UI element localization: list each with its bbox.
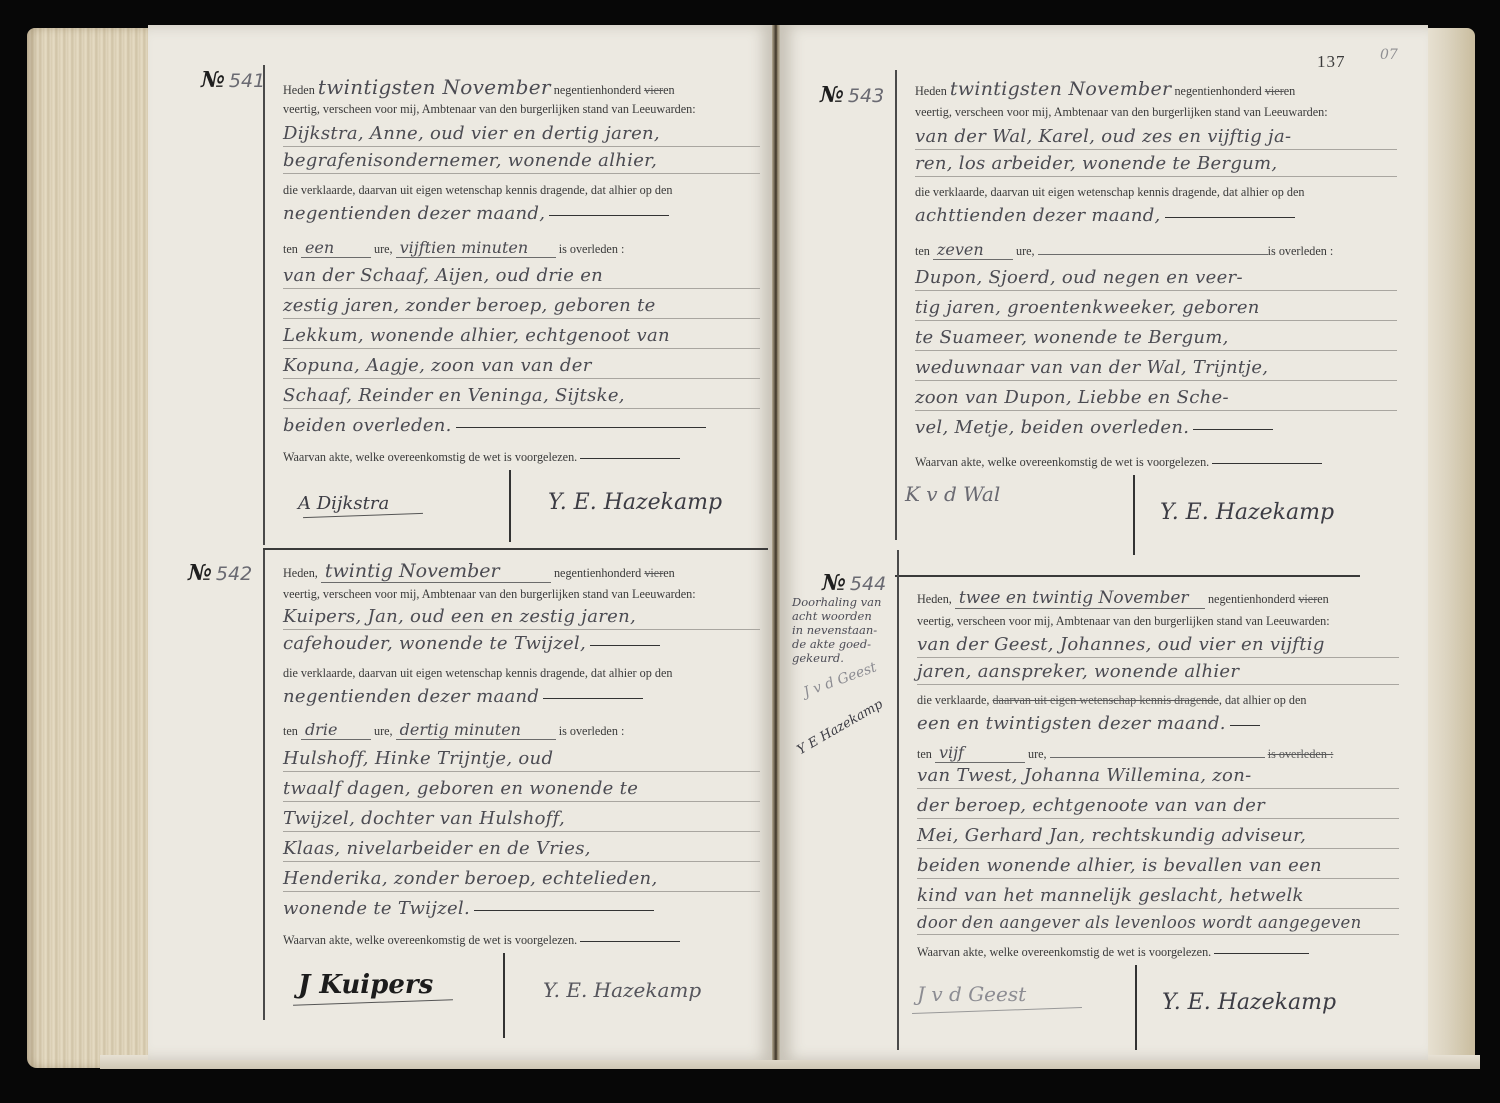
time-line: ten drie ure, dertig minuten is overlede…: [283, 720, 760, 740]
record-541: №541 Heden twintigsten November negentie…: [263, 45, 768, 545]
date-handwritten: twintigsten November: [950, 78, 1172, 100]
date-of-death-line: negentienden dezer maand: [283, 686, 760, 707]
signature-official: Y. E. Hazekamp: [543, 978, 701, 1002]
margin-signature-declarant: J v d Geest: [802, 659, 879, 700]
declarant-line-2: jaren, aanspreker, wonende alhier: [917, 661, 1399, 685]
record-542: №542 Heden, twintig November negentienho…: [263, 550, 768, 1050]
signature-declarant: J Kuipers: [298, 970, 433, 1000]
record-543: №543 Heden twintigsten November negentie…: [895, 70, 1405, 550]
deceased-line-1: Hulshoff, Hinke Trijntje, oud: [283, 748, 760, 772]
closing-line: Waarvan akte, welke overeenkomstig de we…: [283, 450, 760, 465]
record-544: №544 Doorhaling van acht woorden in neve…: [897, 550, 1407, 1050]
date-handwritten: twintig November: [321, 560, 551, 583]
open-register-book: №541 Heden twintigsten November negentie…: [0, 0, 1500, 1103]
printed-line-3: die verklaarde, daarvan uit eigen wetens…: [915, 185, 1397, 200]
struck-text: daarvan uit eigen wetenschap kennis drag…: [992, 693, 1218, 707]
deceased-line-6: vel, Metje, beiden overleden.: [915, 417, 1397, 438]
deceased-line-5: Schaaf, Reinder en Veninga, Sijtske,: [283, 385, 760, 409]
record-number: №544: [822, 570, 886, 596]
printed-line-3: die verklaarde, daarvan uit eigen wetens…: [283, 666, 760, 681]
record-margin-line: [263, 550, 265, 1020]
time-line: ten zeven ure, is overleden :: [915, 240, 1397, 260]
printed-line-2: veertig, verscheen voor mij, Ambtenaar v…: [283, 587, 760, 602]
deceased-line-5: kind van het mannelijk geslacht, hetwelk: [917, 885, 1399, 909]
deceased-line-6: door den aangever als levenloos wordt aa…: [917, 913, 1399, 935]
record-margin-line: [897, 550, 899, 1050]
page-number: 137: [1317, 52, 1346, 72]
date-of-death-line: een en twintigsten dezer maand.: [917, 713, 1399, 734]
closing-line: Waarvan akte, welke overeenkomstig de we…: [915, 455, 1397, 470]
signature-underline: [293, 999, 453, 1006]
left-page-edges: [27, 28, 152, 1068]
printed-line-2: veertig, verscheen voor mij, Ambtenaar v…: [915, 105, 1397, 120]
heden-line: Heden, twee en twintig November negentie…: [917, 588, 1399, 609]
signature-declarant: K v d Wal: [905, 482, 1000, 506]
heden-line: Heden twintigsten November negentienhond…: [283, 75, 760, 99]
declarant-line-1: Dijkstra, Anne, oud vier en dertig jaren…: [283, 123, 760, 147]
deceased-line-3: Lekkum, wonende alhier, echtgenoot van: [283, 325, 760, 349]
deceased-line-4: beiden wonende alhier, is bevallen van e…: [917, 855, 1399, 879]
record-number: №541: [201, 67, 265, 93]
record-number: №543: [820, 82, 884, 108]
signature-divider: [1133, 475, 1135, 555]
deceased-line-3: Mei, Gerhard Jan, rechtskundig adviseur,: [917, 825, 1399, 849]
record-margin-line: [895, 70, 897, 540]
printed-line-2: veertig, verscheen voor mij, Ambtenaar v…: [917, 614, 1399, 629]
signature-declarant: J v d Geest: [917, 982, 1026, 1006]
deceased-line-6: beiden overleden.: [283, 415, 760, 436]
declarant-line-1: Kuipers, Jan, oud een en zestig jaren,: [283, 606, 760, 630]
date-handwritten: twee en twintig November: [955, 588, 1205, 609]
heden-line: Heden, twintig November negentienhonderd…: [283, 560, 760, 583]
date-of-death-line: achttienden dezer maand,: [915, 205, 1397, 226]
right-page: 137 07 №543 Heden twintigsten November n…: [780, 25, 1428, 1060]
printed-line-2: veertig, verscheen voor mij, Ambtenaar v…: [283, 102, 760, 117]
date-of-death-line: negentienden dezer maand,: [283, 203, 760, 224]
declarant-line-2: ren, los arbeider, wonende te Bergum,: [915, 153, 1397, 177]
printed-line-3: die verklaarde, daarvan uit eigen wetens…: [283, 183, 760, 198]
left-page: №541 Heden twintigsten November negentie…: [148, 25, 773, 1060]
signature-official: Y. E. Hazekamp: [1160, 500, 1334, 525]
deceased-line-3: Twijzel, dochter van Hulshoff,: [283, 808, 760, 832]
right-page-edges: [1425, 28, 1475, 1068]
declarant-line-1: van der Geest, Johannes, oud vier en vij…: [917, 634, 1399, 658]
signature-divider: [509, 470, 511, 542]
record-number: №542: [188, 560, 252, 586]
deceased-line-2: tig jaren, groentenkweeker, geboren: [915, 297, 1397, 321]
printed-line-3: die verklaarde, daarvan uit eigen wetens…: [917, 693, 1399, 708]
deceased-line-6: wonende te Twijzel.: [283, 898, 760, 919]
declarant-line-1: van der Wal, Karel, oud zes en vijftig j…: [915, 126, 1397, 150]
deceased-line-4: Klaas, nivelarbeider en de Vries,: [283, 838, 760, 862]
deceased-line-5: Henderika, zonder beroep, echtelieden,: [283, 868, 760, 892]
signature-divider: [1135, 965, 1137, 1050]
deceased-line-2: zestig jaren, zonder beroep, geboren te: [283, 295, 760, 319]
closing-line: Waarvan akte, welke overeenkomstig de we…: [283, 933, 760, 948]
signature-underline: [912, 1007, 1082, 1014]
closing-line: Waarvan akte, welke overeenkomstig de we…: [917, 945, 1399, 960]
deceased-line-2: der beroep, echtgenoote van van der: [917, 795, 1399, 819]
pencil-folio-mark: 07: [1380, 47, 1398, 63]
declarant-line-2: begrafenisondernemer, wonende alhier,: [283, 150, 760, 174]
deceased-line-1: Dupon, Sjoerd, oud negen en veer-: [915, 267, 1397, 291]
deceased-line-1: van der Schaaf, Aijen, oud drie en: [283, 265, 760, 289]
deceased-line-4: Kopuna, Aagje, zoon van van der: [283, 355, 760, 379]
signature-declarant: A Dijkstra: [298, 493, 389, 514]
deceased-line-1: van Twest, Johanna Willemina, zon-: [917, 765, 1399, 789]
signature-official: Y. E. Hazekamp: [1162, 990, 1336, 1015]
record-margin-line: [263, 65, 265, 545]
time-line: ten vijf ure, is overleden :: [917, 743, 1399, 763]
time-line: ten een ure, vijftien minuten is overled…: [283, 238, 760, 258]
deceased-line-5: zoon van Dupon, Liebbe en Sche-: [915, 387, 1397, 411]
deceased-line-3: te Suameer, wonende te Bergum,: [915, 327, 1397, 351]
margin-note-correction: Doorhaling van acht woorden in nevenstaa…: [792, 595, 892, 665]
declarant-line-2: cafehouder, wonende te Twijzel,: [283, 633, 760, 654]
heden-line: Heden twintigsten November negentienhond…: [915, 78, 1397, 100]
date-handwritten: twintigsten November: [318, 75, 551, 99]
signature-official: Y. E. Hazekamp: [548, 490, 722, 515]
margin-signature-official: Y E Hazekamp: [795, 697, 886, 758]
signature-divider: [503, 953, 505, 1038]
deceased-line-4: weduwnaar van van der Wal, Trijntje,: [915, 357, 1397, 381]
deceased-line-2: twaalf dagen, geboren en wonende te: [283, 778, 760, 802]
